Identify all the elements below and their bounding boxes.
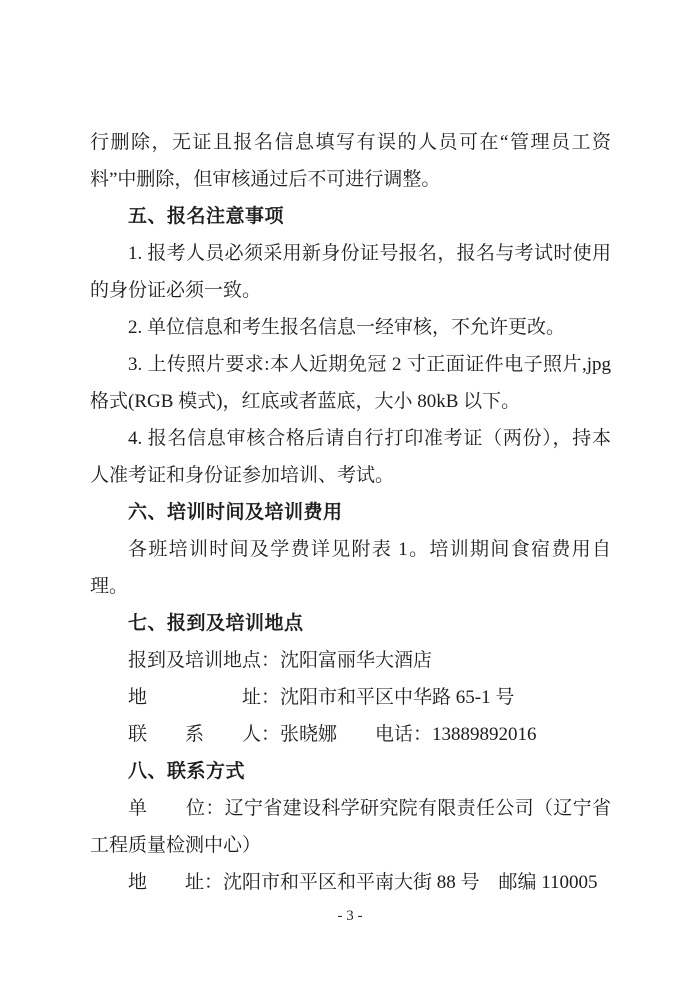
paragraph-organization-address: 地 址：沈阳市和平区和平南大街 88 号 邮编 110005 (90, 864, 611, 901)
page-number: - 3 - (0, 906, 700, 926)
section-heading-7-checkin-location: 七、报到及培训地点 (90, 605, 611, 642)
paragraph-venue-address: 地 址：沈阳市和平区中华路 65-1 号 (90, 679, 611, 716)
paragraph-note-2-no-change-after-review: 2. 单位信息和考生报名信息一经审核，不允许更改。 (90, 309, 611, 346)
section-heading-8-contact-info: 八、联系方式 (90, 753, 611, 790)
document-body: 行删除，无证且报名信息填写有误的人员可在“管理员工资料”中删除，但审核通过后不可… (90, 124, 611, 901)
paragraph-continuation-delete-rule: 行删除，无证且报名信息填写有误的人员可在“管理员工资料”中删除，但审核通过后不可… (90, 124, 611, 198)
paragraph-organization-name: 单 位：辽宁省建设科学研究院有限责任公司（辽宁省工程质量检测中心） (90, 790, 611, 864)
section-heading-5-registration-notes: 五、报名注意事项 (90, 198, 611, 235)
paragraph-checkin-venue: 报到及培训地点：沈阳富丽华大酒店 (90, 642, 611, 679)
paragraph-note-3-photo-requirements: 3. 上传照片要求:本人近期免冠 2 寸正面证件电子照片,jpg格式(RGB 模… (90, 346, 611, 420)
paragraph-training-fee-schedule: 各班培训时间及学费详见附表 1。培训期间食宿费用自理。 (90, 531, 611, 605)
section-heading-6-training-time-fees: 六、培训时间及培训费用 (90, 494, 611, 531)
paragraph-contact-person-phone: 联 系 人：张晓娜 电话：13889892016 (90, 716, 611, 753)
document-page: 行删除，无证且报名信息填写有误的人员可在“管理员工资料”中删除，但审核通过后不可… (0, 0, 700, 990)
paragraph-note-1-id-number: 1. 报考人员必须采用新身份证号报名，报名与考试时使用的身份证必须一致。 (90, 235, 611, 309)
paragraph-note-4-print-admission-ticket: 4. 报名信息审核合格后请自行打印准考证（两份），持本人准考证和身份证参加培训、… (90, 420, 611, 494)
